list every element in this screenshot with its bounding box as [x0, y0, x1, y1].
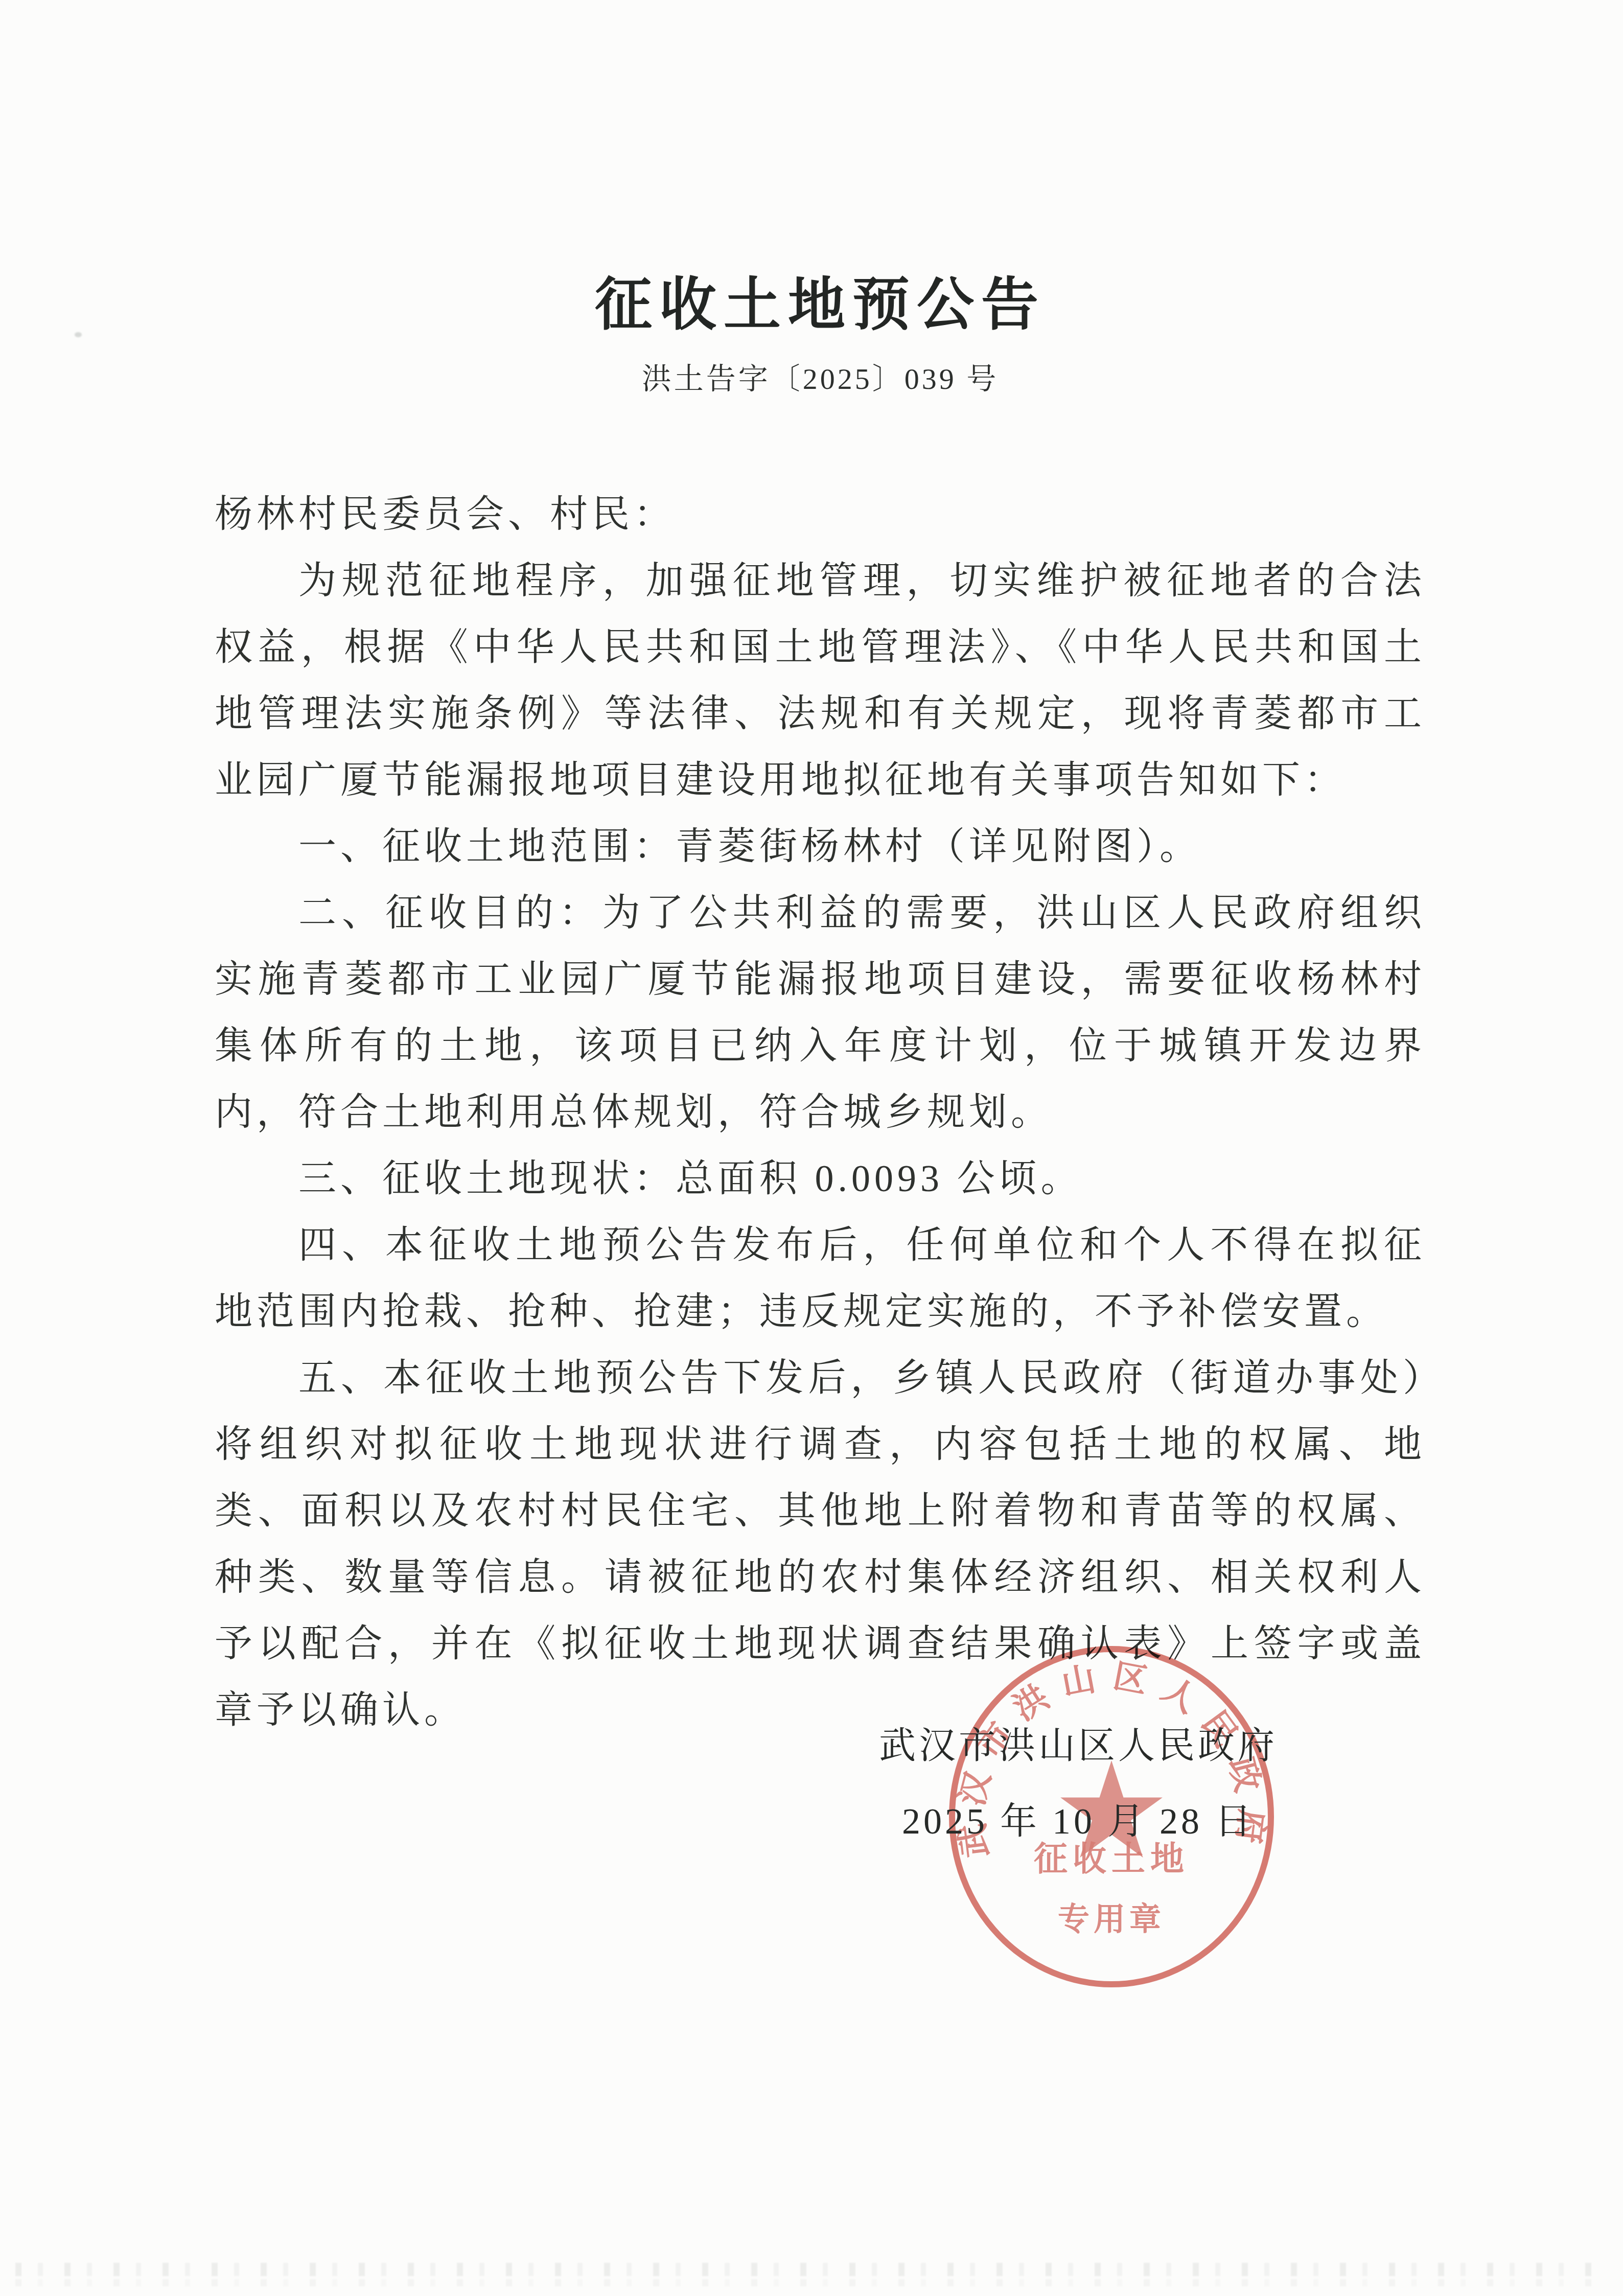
document-body: 杨林村民委员会、村民： 为规范征地程序，加强征地管理，切实维护被征地者的合法权益…: [215, 481, 1426, 1744]
signature-block: 武汉市洪山区人民政府 2025 年 10 月 28 日: [813, 1708, 1344, 1859]
paragraph: 二、征收目的：为了公共利益的需要，洪山区人民政府组织实施青菱都市工业园广厦节能漏…: [215, 880, 1426, 1146]
paragraph: 四、本征收土地预公告发布后，任何单位和个人不得在拟征地范围内抢栽、抢种、抢建；违…: [215, 1212, 1426, 1345]
scan-noise: [15, 2263, 1599, 2276]
signature-issuer: 武汉市洪山区人民政府: [813, 1708, 1344, 1783]
signature-date: 2025 年 10 月 28 日: [813, 1783, 1344, 1859]
salutation: 杨林村民委员会、村民：: [215, 481, 1426, 548]
paragraph: 为规范征地程序，加强征地管理，切实维护被征地者的合法权益，根据《中华人民共和国土…: [215, 548, 1426, 814]
document-content: 征收土地预公告 洪土告字〔2025〕039 号 杨林村民委员会、村民： 为规范征…: [215, 0, 1426, 1744]
scan-noise: [15, 2279, 1599, 2286]
seal-text-line2: 专用章: [1058, 1902, 1165, 1937]
paragraph: 三、征收土地现状：总面积 0.0093 公顷。: [215, 1146, 1426, 1212]
paragraph: 一、征收土地范围：青菱街杨林村（详见附图）。: [215, 814, 1426, 880]
document-number: 洪土告字〔2025〕039 号: [215, 363, 1426, 396]
page-title: 征收土地预公告: [215, 275, 1426, 335]
scan-speck: [75, 332, 82, 337]
document-page: 征收土地预公告 洪土告字〔2025〕039 号 杨林村民委员会、村民： 为规范征…: [0, 0, 1623, 2296]
